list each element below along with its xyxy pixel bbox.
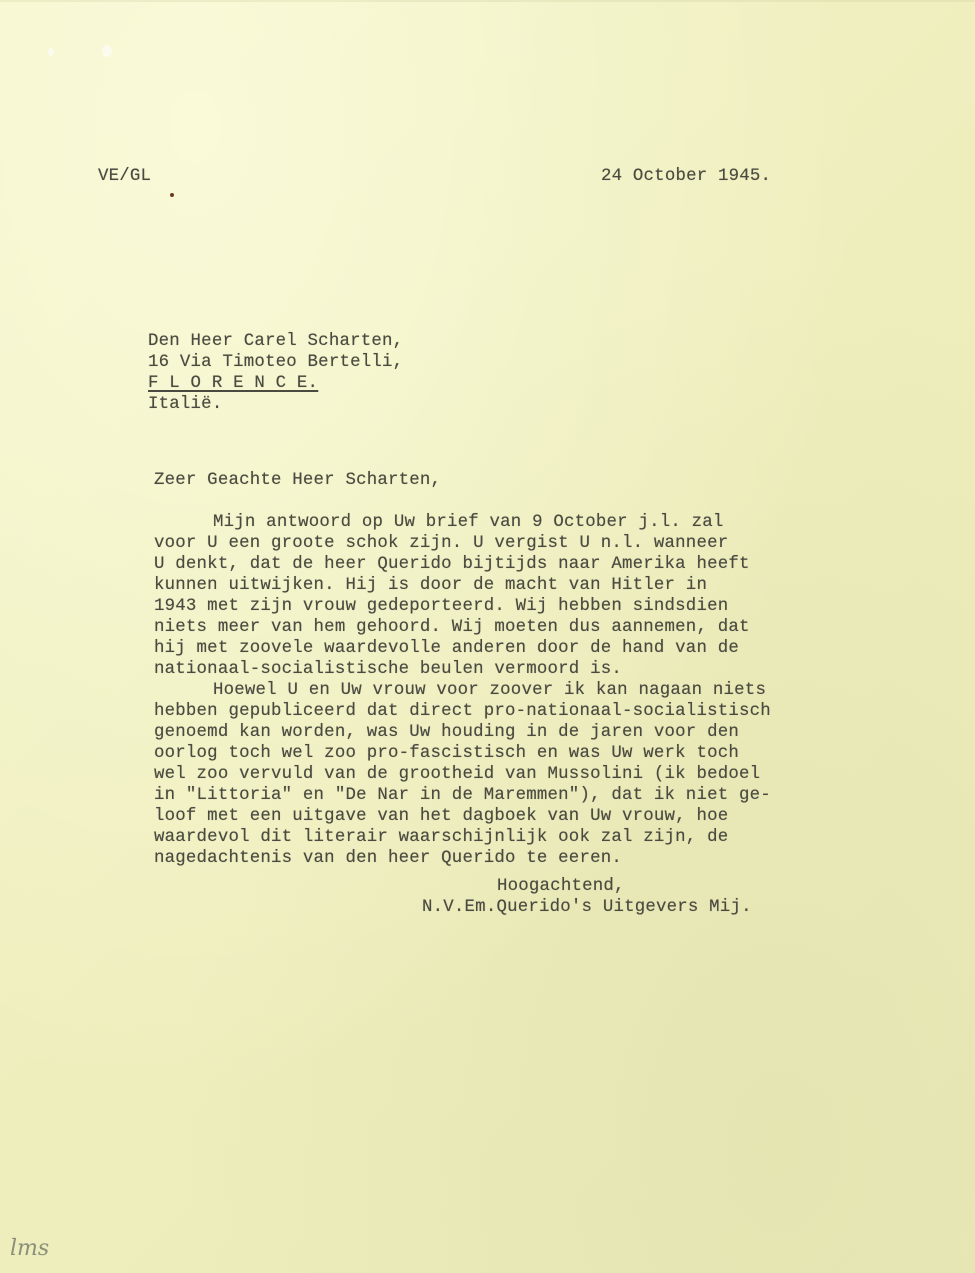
paper-edge bbox=[0, 0, 975, 2]
punch-hole bbox=[102, 45, 112, 57]
body-line: kunnen uitwijken. Hij is door de macht v… bbox=[154, 575, 707, 596]
body-line: nagedachtenis van den heer Querido te ee… bbox=[154, 848, 622, 869]
reference-code: VE/GL bbox=[98, 166, 151, 187]
body-line: hebben gepubliceerd dat direct pro-natio… bbox=[154, 701, 771, 722]
salutation: Zeer Geachte Heer Scharten, bbox=[154, 470, 441, 491]
body-line: Mijn antwoord op Uw brief van 9 October … bbox=[213, 512, 724, 533]
body-line: genoemd kan worden, was Uw houding in de… bbox=[154, 722, 739, 743]
body-line: hij met zoovele waardevolle anderen door… bbox=[154, 638, 739, 659]
ink-spot bbox=[170, 193, 174, 197]
body-line: 1943 met zijn vrouw gedeporteerd. Wij he… bbox=[154, 596, 728, 617]
body-line: in "Littoria" en "De Nar in de Maremmen"… bbox=[154, 785, 771, 806]
recipient-street: 16 Via Timoteo Bertelli, bbox=[148, 352, 403, 373]
closing: Hoogachtend, bbox=[497, 876, 625, 897]
body-line: oorlog toch wel zoo pro-fascistisch en w… bbox=[154, 743, 739, 764]
body-line: voor U een groote schok zijn. U vergist … bbox=[154, 533, 728, 554]
body-line: nationaal-socialistische beulen vermoord… bbox=[154, 659, 622, 680]
body-line: wel zoo vervuld van de grootheid van Mus… bbox=[154, 764, 760, 785]
handwritten-note: lms bbox=[10, 1236, 49, 1261]
recipient-city: F L O R E N C E. bbox=[148, 373, 318, 394]
body-line: loof met een uitgave van het dagboek van… bbox=[154, 806, 728, 827]
body-line: waardevol dit literair waarschijnlijk oo… bbox=[154, 827, 728, 848]
recipient-name: Den Heer Carel Scharten, bbox=[148, 331, 403, 352]
signatory: N.V.Em.Querido's Uitgevers Mij. bbox=[422, 897, 752, 918]
recipient-country: Italië. bbox=[148, 394, 222, 415]
body-line: niets meer van hem gehoord. Wij moeten d… bbox=[154, 617, 750, 638]
letter-date: 24 October 1945. bbox=[601, 166, 771, 187]
punch-hole bbox=[48, 48, 54, 56]
body-line: Hoewel U en Uw vrouw voor zoover ik kan … bbox=[213, 680, 766, 701]
body-line: U denkt, dat de heer Querido bijtijds na… bbox=[154, 554, 750, 575]
